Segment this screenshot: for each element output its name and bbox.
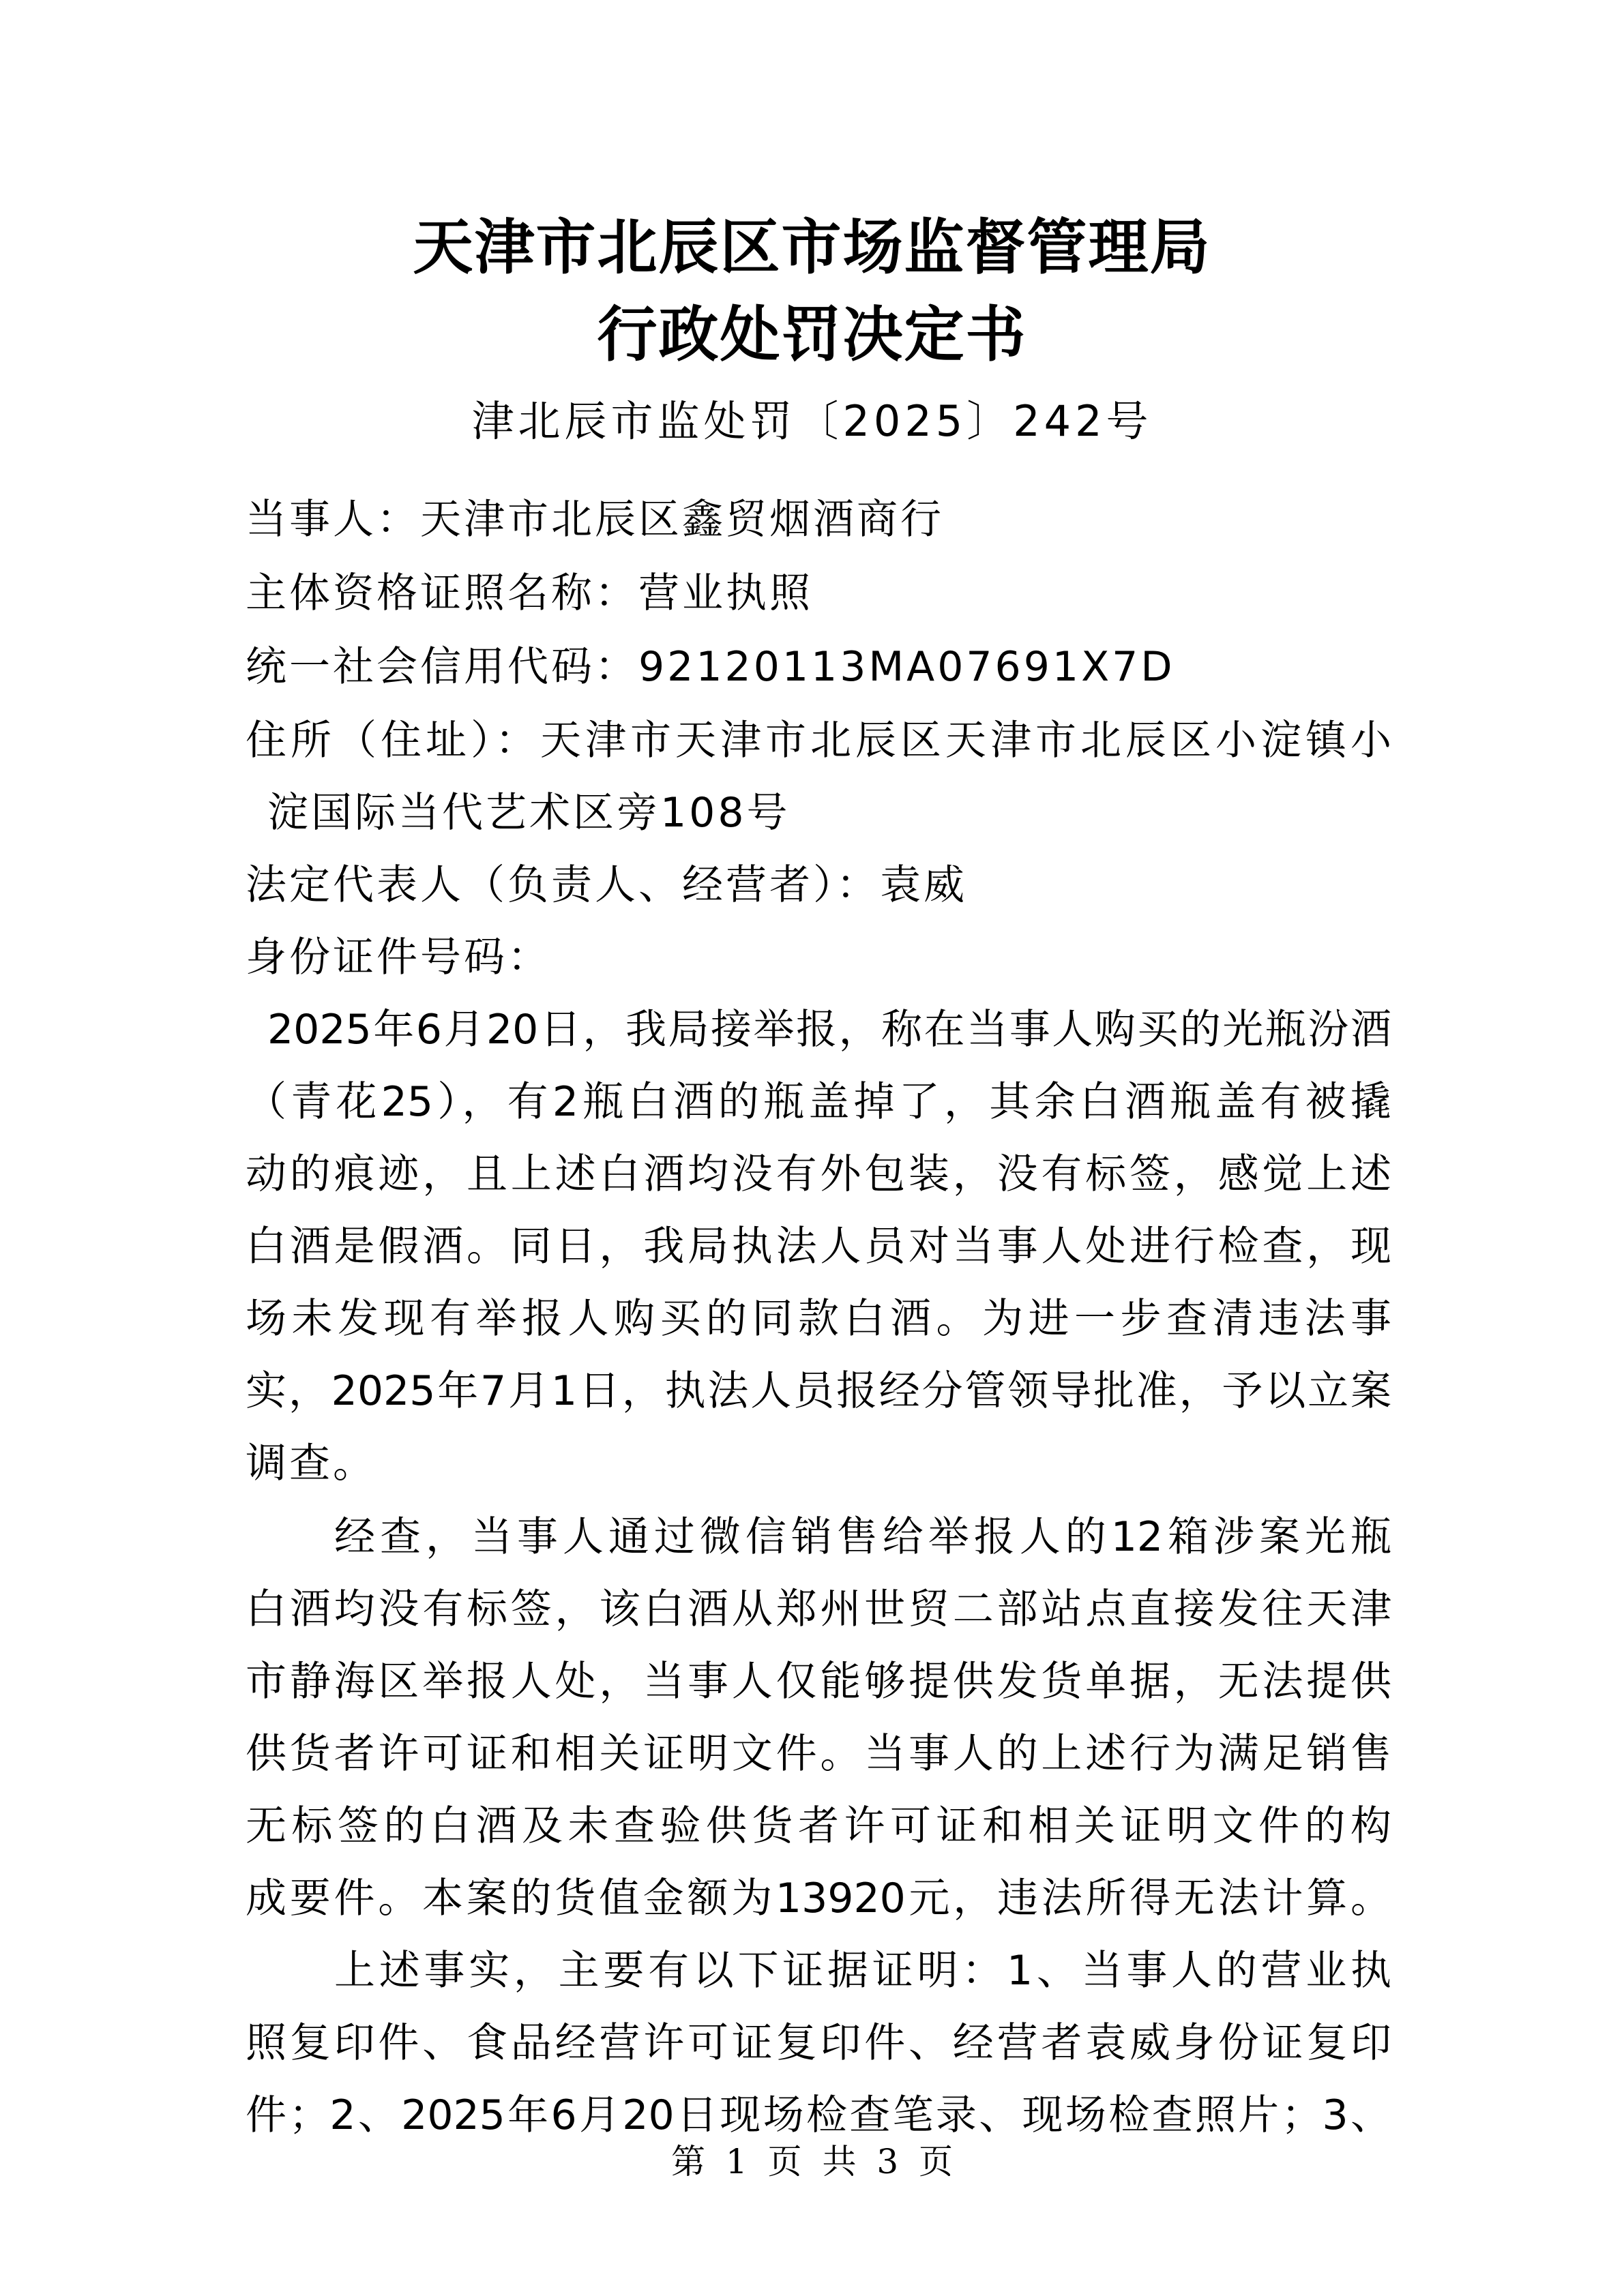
paragraph-1-line: 场未发现有举报人购买的同款白酒。为进一步查清违法事 — [246, 1292, 1391, 1346]
paragraph-1-line: 实，2025年7月1日，执法人员报经分管领导批准，予以立案 — [246, 1364, 1391, 1418]
paragraph-2-line: 供货者许可证和相关证明文件。当事人的上述行为满足销售 — [246, 1727, 1391, 1781]
paragraph-2-line: 市静海区举报人处，当事人仅能够提供发货单据，无法提供 — [246, 1654, 1391, 1709]
paragraph-3-line: 照复印件、食品经营许可证复印件、经营者袁威身份证复印 — [246, 2016, 1391, 2070]
paragraph-1-line: 2025年6月20日，我局接举报，称在当事人购买的光瓶汾酒 — [267, 1002, 1391, 1057]
address-line-2: 淀国际当代艺术区旁108号 — [267, 786, 1413, 840]
paragraph-1-line: 动的痕迹，且上述白酒均没有外包装，没有标签，感觉上述 — [246, 1147, 1391, 1202]
document-title-type: 行政处罚决定书 — [0, 300, 1624, 368]
document-title-agency: 天津市北辰区市场监督管理局 — [0, 213, 1624, 281]
license-name: 主体资格证照名称：营业执照 — [246, 566, 1391, 621]
party-name: 当事人：天津市北辰区鑫贸烟酒商行 — [246, 492, 1391, 547]
legal-representative: 法定代表人（负责人、经营者）：袁威 — [246, 858, 1391, 912]
paragraph-2-line: 白酒均没有标签，该白酒从郑州世贸二部站点直接发往天津 — [246, 1582, 1391, 1637]
paragraph-3-line: 上述事实，主要有以下证据证明：1、当事人的营业执 — [334, 1943, 1391, 1998]
document-page: 天津市北辰区市场监督管理局 行政处罚决定书 津北辰市监处罚〔2025〕242号 … — [0, 0, 1624, 2296]
paragraph-3-line: 件；2、2025年6月20日现场检查笔录、现场检查照片；3、 — [246, 2088, 1391, 2143]
paragraph-2-line: 无标签的白酒及未查验供货者许可证和相关证明文件的构 — [246, 1799, 1391, 1853]
paragraph-2-line: 经查，当事人通过微信销售给举报人的12箱涉案光瓶 — [334, 1510, 1391, 1564]
paragraph-2-line: 成要件。本案的货值金额为13920元，违法所得无法计算。 — [246, 1871, 1391, 1926]
page-indicator: 第 1 页 共 3 页 — [0, 2141, 1624, 2182]
paragraph-1-line: （青花25），有2瓶白酒的瓶盖掉了，其余白酒瓶盖有被撬 — [246, 1075, 1391, 1129]
id-number: 身份证件号码： — [246, 930, 1391, 985]
credit-code: 统一社会信用代码：92120113MA07691X7D — [246, 640, 1391, 694]
address-line-1: 住所（住址）：天津市天津市北辰区天津市北辰区小淀镇小 — [246, 713, 1391, 768]
paragraph-1-line: 白酒是假酒。同日，我局执法人员对当事人处进行检查，现 — [246, 1219, 1391, 1274]
document-number: 津北辰市监处罚〔2025〕242号 — [0, 394, 1624, 449]
paragraph-1-line: 调查。 — [246, 1436, 1391, 1491]
